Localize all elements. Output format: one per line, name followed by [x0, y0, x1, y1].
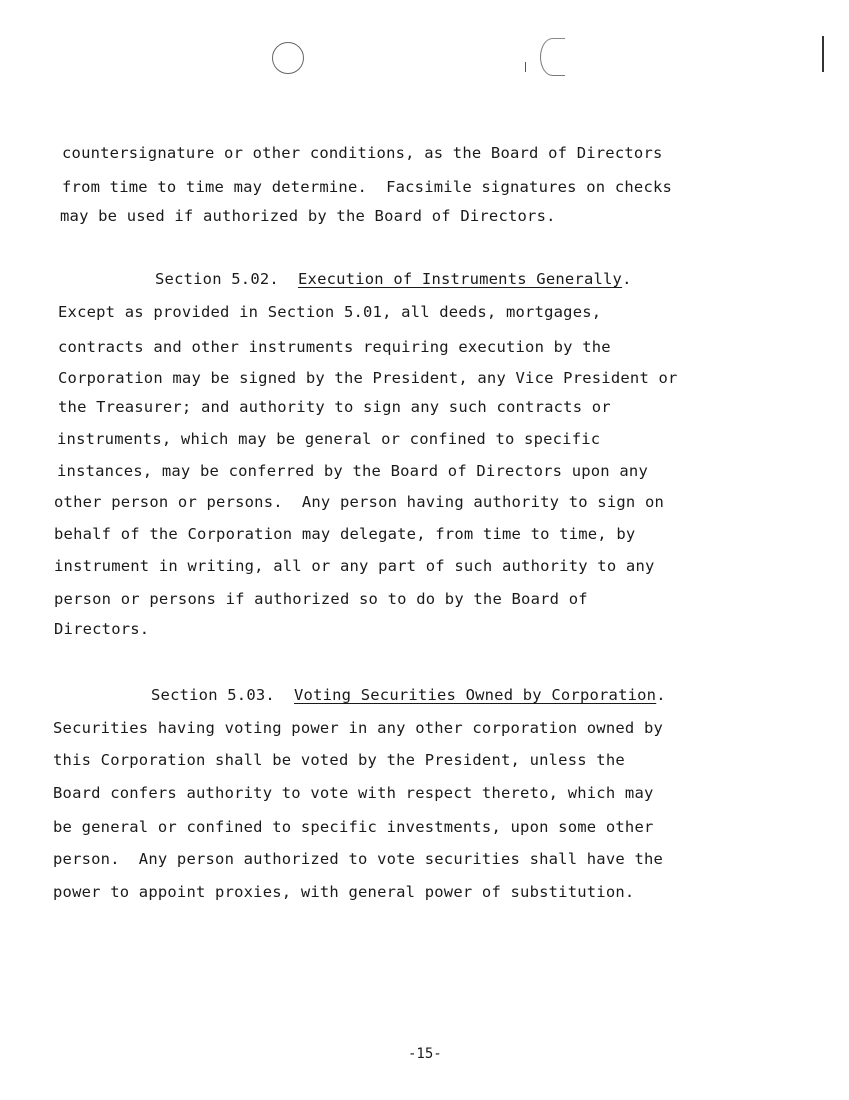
section-heading-5-03: Section 5.03. Voting Securities Owned by… — [151, 686, 666, 704]
section-title: Voting Securities Owned by Corporation — [294, 686, 656, 704]
scan-artifact-arc — [540, 38, 565, 76]
paragraph-line: instances, may be conferred by the Board… — [57, 462, 648, 480]
paragraph-line: instruments, which may be general or con… — [57, 430, 600, 448]
scan-artifact-bar — [822, 36, 824, 72]
section-number: Section 5.02. — [155, 270, 279, 288]
page-number: -15- — [408, 1046, 442, 1062]
section-title: Execution of Instruments Generally — [298, 270, 622, 288]
paragraph-line: the Treasurer; and authority to sign any… — [58, 398, 611, 416]
paragraph-line: be general or confined to specific inves… — [53, 818, 654, 836]
paragraph-line: this Corporation shall be voted by the P… — [53, 751, 625, 769]
paragraph-line: Board confers authority to vote with res… — [53, 784, 654, 802]
paragraph-line: behalf of the Corporation may delegate, … — [54, 525, 635, 543]
scan-artifact-tick — [525, 62, 526, 72]
paragraph-line: person or persons if authorized so to do… — [54, 590, 588, 608]
paragraph-line: power to appoint proxies, with general p… — [53, 883, 634, 901]
paragraph-line: instrument in writing, all or any part o… — [54, 557, 655, 575]
paragraph-line: other person or persons. Any person havi… — [54, 493, 664, 511]
paragraph-line: person. Any person authorized to vote se… — [53, 850, 663, 868]
paragraph-line: Directors. — [54, 620, 149, 638]
paragraph-line: contracts and other instruments requirin… — [58, 338, 611, 356]
paragraph-line: Corporation may be signed by the Preside… — [58, 369, 678, 387]
scan-artifact-circle — [272, 42, 304, 74]
section-number: Section 5.03. — [151, 686, 275, 704]
paragraph-line: Except as provided in Section 5.01, all … — [58, 303, 601, 321]
paragraph-line: may be used if authorized by the Board o… — [60, 207, 556, 225]
paragraph-line: from time to time may determine. Facsimi… — [62, 178, 672, 196]
section-heading-5-02: Section 5.02. Execution of Instruments G… — [155, 270, 632, 288]
paragraph-line: countersignature or other conditions, as… — [62, 144, 663, 162]
document-page: countersignature or other conditions, as… — [0, 0, 849, 1100]
paragraph-line: Securities having voting power in any ot… — [53, 719, 663, 737]
